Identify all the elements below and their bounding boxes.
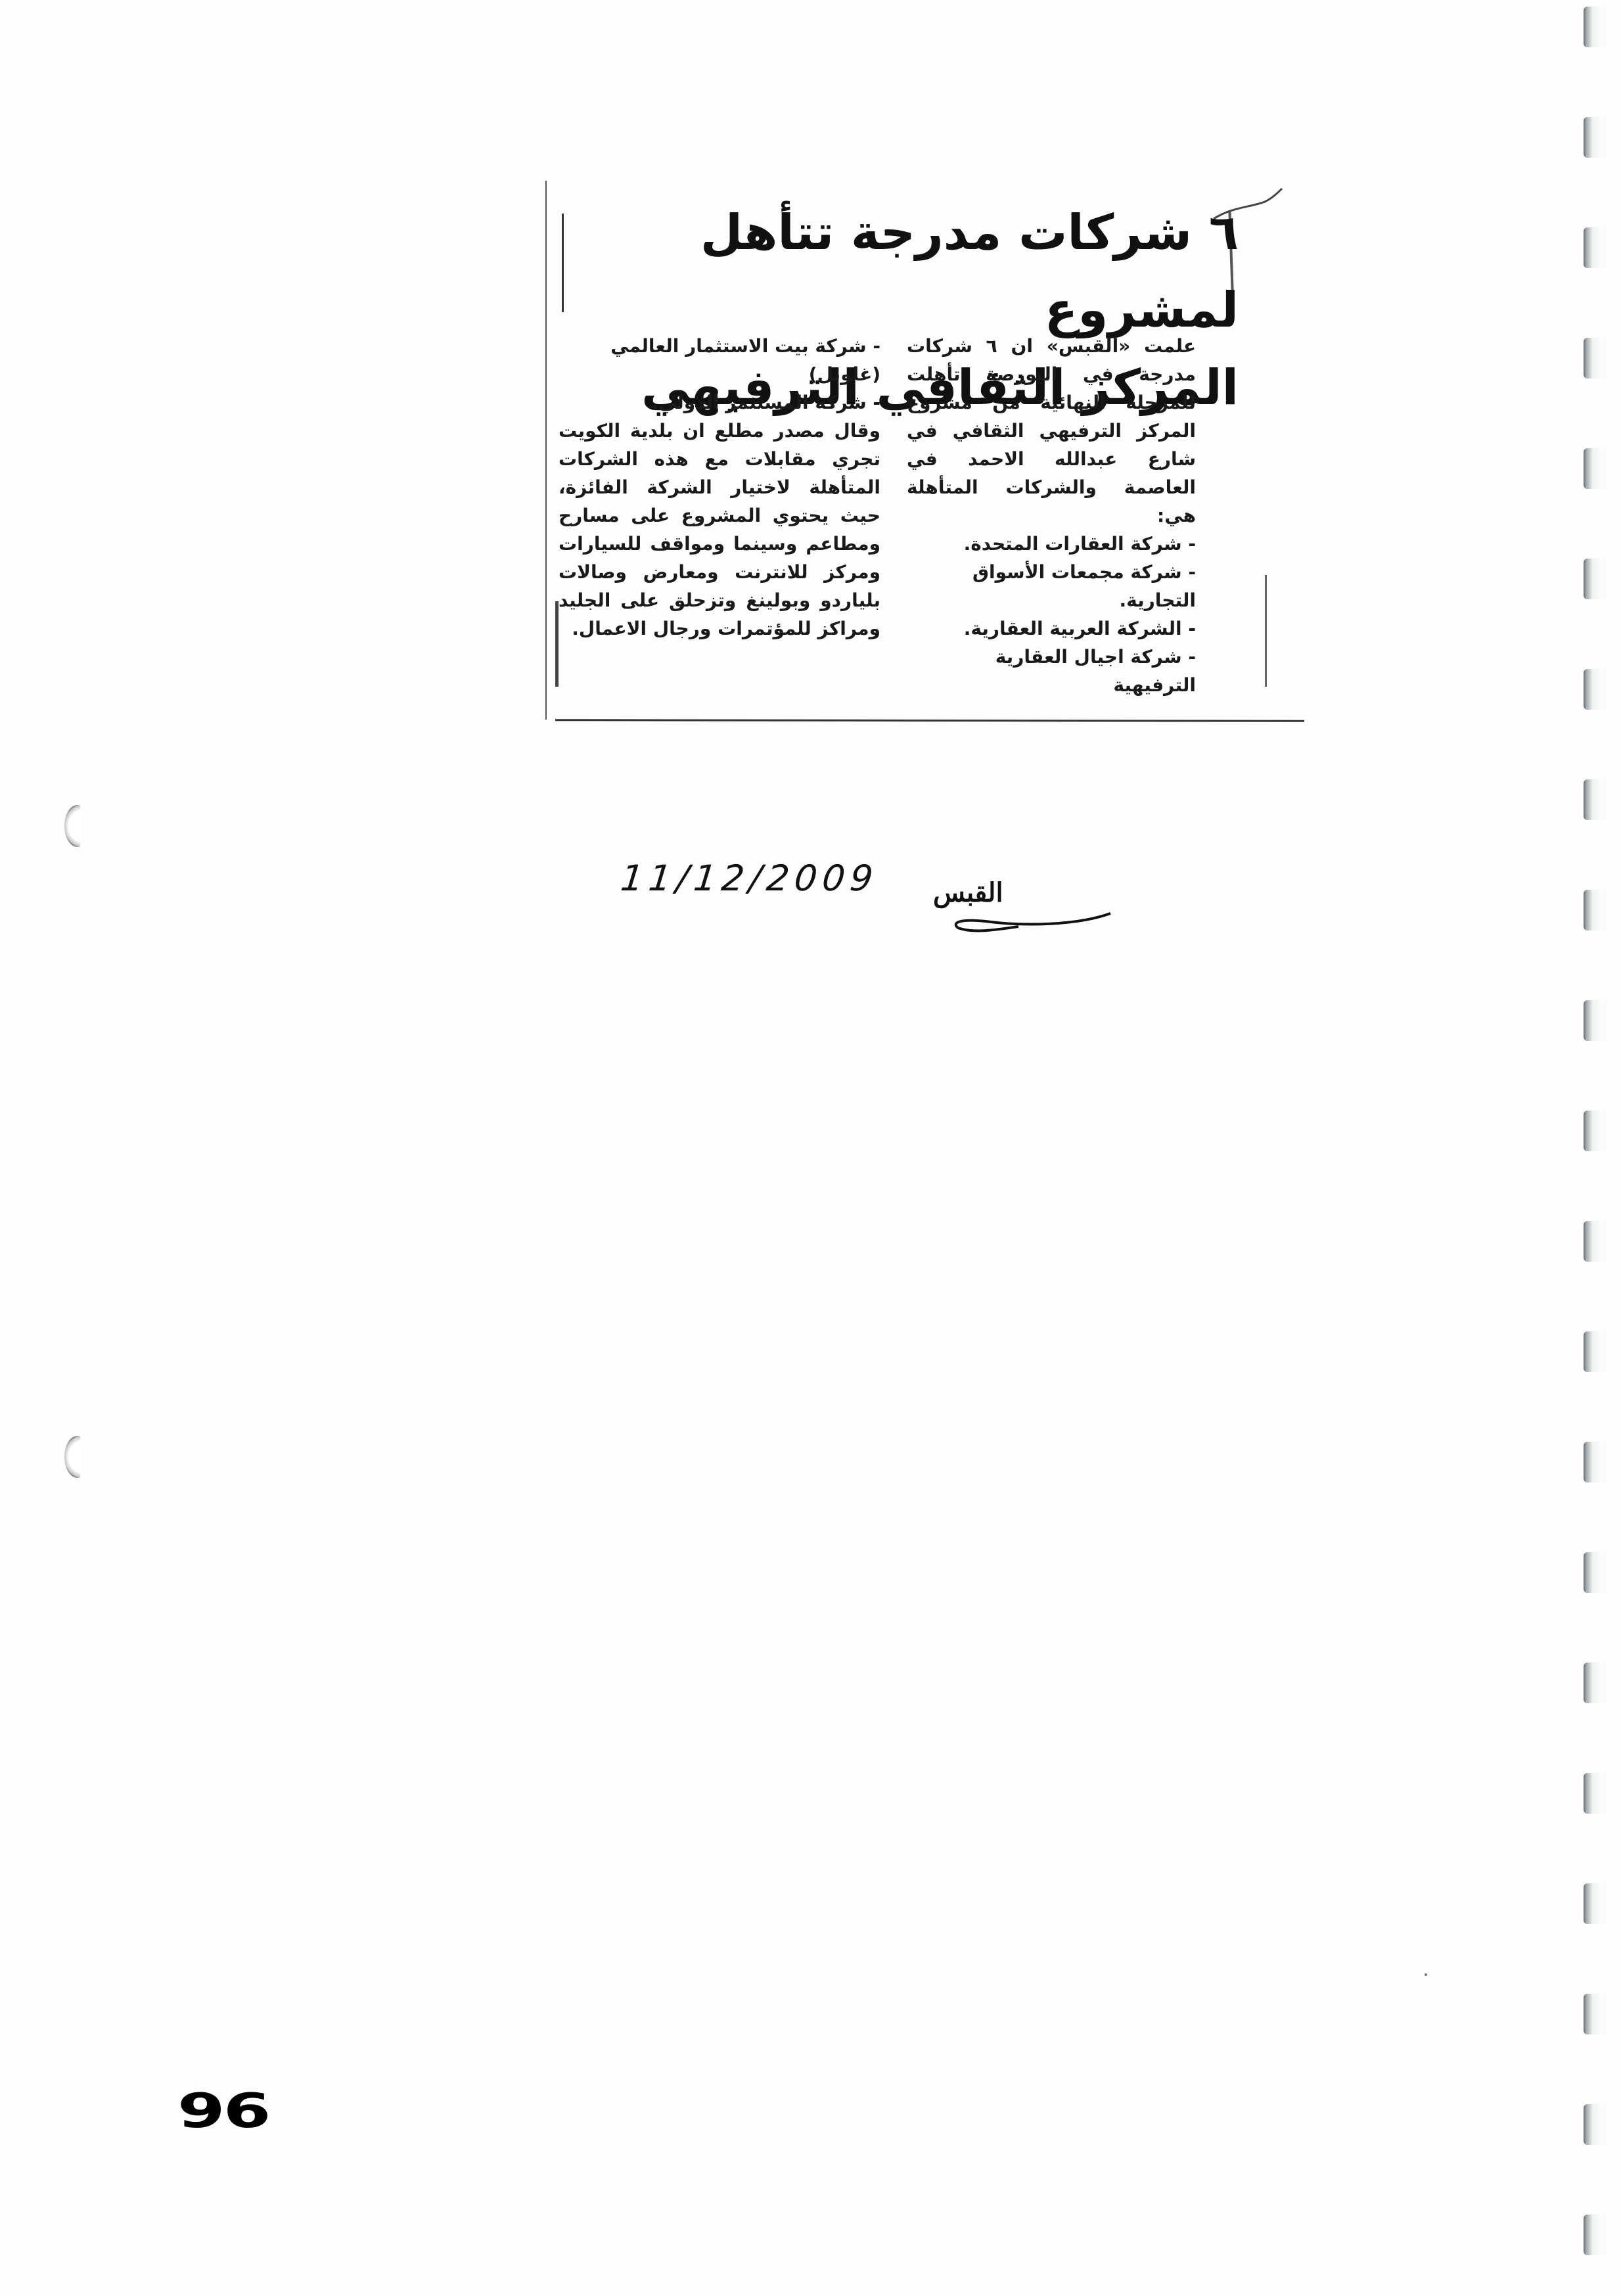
article-body: وقال مصدر مطلع ان بلدية الكويت تجري مقاب… — [559, 417, 880, 643]
company-list-item: - شركة بيت الاستثمار العالمي (غلوبل) — [559, 332, 880, 388]
company-list-item: - شركة اجيال العقارية الترفيهية — [907, 643, 1196, 699]
column-margin-mark — [555, 601, 559, 687]
clipping-bottom-rule — [555, 719, 1304, 722]
binder-slot — [1584, 2215, 1605, 2255]
binder-slot — [1584, 1663, 1605, 1703]
binder-slot — [1584, 117, 1605, 158]
binder-slot — [1584, 1331, 1605, 1372]
binder-slot — [1584, 7, 1605, 47]
binder-slot — [1584, 1221, 1605, 1262]
company-list-item: - الشركة العربية العقارية. — [907, 614, 1196, 643]
binder-slot — [1584, 227, 1605, 268]
binder-slot — [1584, 1552, 1605, 1593]
article-column-left: - شركة بيت الاستثمار العالمي (غلوبل) - ش… — [559, 332, 880, 643]
binder-slot — [1584, 1111, 1605, 1151]
binder-slot — [1584, 1442, 1605, 1482]
binder-slot — [1584, 779, 1605, 820]
binder-slot — [1584, 890, 1605, 930]
handwritten-stroke — [946, 907, 1117, 933]
company-list-item: - شركة المستثمر الدولي. — [559, 388, 880, 417]
article-intro: علمت «القبس» ان ٦ شركات مدرجة في البورصة… — [907, 332, 1196, 530]
binder-slot — [1584, 448, 1605, 489]
company-list-item: - شركة العقارات المتحدة. — [907, 530, 1196, 558]
binder-slot — [1584, 338, 1605, 379]
handwritten-date: 11/12/2009 — [619, 858, 880, 899]
headline-line-1: ٦ شركات مدرجة تتأهل لمشروع — [568, 194, 1239, 349]
column-margin-mark — [1265, 575, 1267, 687]
binder-slot — [1584, 1773, 1605, 1814]
article-column-right: علمت «القبس» ان ٦ شركات مدرجة في البورصة… — [907, 332, 1196, 699]
binder-slot — [1584, 559, 1605, 599]
binder-slot — [1584, 1994, 1605, 2034]
newspaper-clipping: ٦ شركات مدرجة تتأهل لمشروع المركز الثقاف… — [545, 181, 1288, 726]
punch-hole — [64, 1436, 91, 1478]
punch-hole — [64, 805, 91, 847]
scanned-page: ٦ شركات مدرجة تتأهل لمشروع المركز الثقاف… — [0, 0, 1621, 2296]
company-list-item: - شركة مجمعات الأسواق التجارية. — [907, 558, 1196, 614]
page-number: 96 — [177, 2083, 269, 2138]
clipping-left-rule — [545, 181, 547, 720]
binder-slot — [1584, 669, 1605, 710]
binder-slot — [1584, 1883, 1605, 1924]
headline-left-rule — [562, 214, 564, 312]
handwritten-source: القبس — [933, 877, 1003, 908]
scan-speck — [1425, 1973, 1427, 1976]
binder-slot — [1584, 2104, 1605, 2145]
binder-slot — [1584, 1000, 1605, 1041]
